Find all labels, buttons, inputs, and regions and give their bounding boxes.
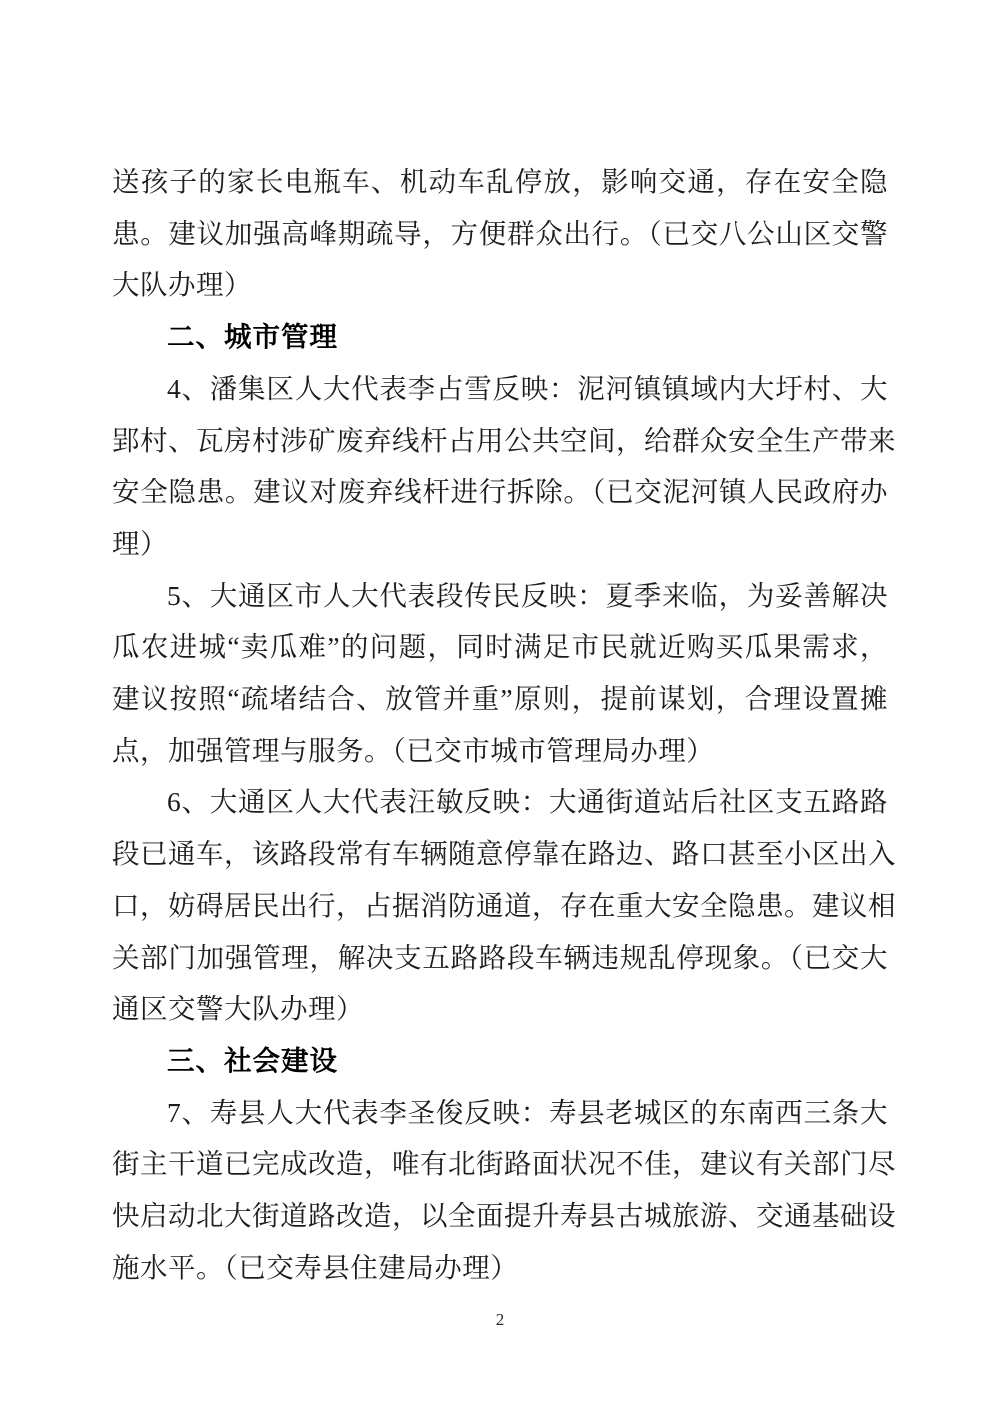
text-line: 点，加强管理与服务。（已交市城市管理局办理） xyxy=(112,725,888,777)
text-line: 瓜农进城“卖瓜难”的问题，同时满足市民就近购买瓜果需求， xyxy=(112,621,888,673)
text-line: 大队办理） xyxy=(112,259,888,311)
text-line: 通区交警大队办理） xyxy=(112,983,888,1035)
text-line: 5、大通区市人大代表段传民反映：夏季来临，为妥善解决 xyxy=(112,570,888,622)
text-line: 口，妨碍居民出行，占据消防通道，存在重大安全隐患。建议相 xyxy=(112,880,888,932)
text-line: 郢村、瓦房村涉矿废弃线杆占用公共空间，给群众安全生产带来 xyxy=(112,415,888,467)
text-line: 安全隐患。建议对废弃线杆进行拆除。（已交泥河镇人民政府办 xyxy=(112,466,888,518)
document-paragraph: 4、潘集区人大代表李占雪反映：泥河镇镇域内大圩村、大郢村、瓦房村涉矿废弃线杆占用… xyxy=(112,363,888,570)
text-line: 理） xyxy=(112,518,888,570)
text-line: 快启动北大街道路改造，以全面提升寿县古城旅游、交通基础设 xyxy=(112,1190,888,1242)
text-line: 关部门加强管理，解决支五路路段车辆违规乱停现象。（已交大 xyxy=(112,932,888,984)
section-heading: 三、社会建设 xyxy=(112,1035,888,1087)
document-paragraph: 6、大通区人大代表汪敏反映：大通街道站后社区支五路路段已通车，该路段常有车辆随意… xyxy=(112,776,888,1035)
text-line: 4、潘集区人大代表李占雪反映：泥河镇镇域内大圩村、大 xyxy=(112,363,888,415)
text-line: 二、城市管理 xyxy=(112,311,888,363)
text-line: 三、社会建设 xyxy=(112,1035,888,1087)
text-line: 6、大通区人大代表汪敏反映：大通街道站后社区支五路路 xyxy=(112,776,888,828)
text-line: 建议按照“疏堵结合、放管并重”原则，提前谋划，合理设置摊 xyxy=(112,673,888,725)
text-line: 送孩子的家长电瓶车、机动车乱停放，影响交通，存在安全隐 xyxy=(112,156,888,208)
text-line: 7、寿县人大代表李圣俊反映：寿县老城区的东南西三条大 xyxy=(112,1087,888,1139)
text-line: 患。建议加强高峰期疏导，方便群众出行。（已交八公山区交警 xyxy=(112,208,888,260)
document-paragraph: 5、大通区市人大代表段传民反映：夏季来临，为妥善解决瓜农进城“卖瓜难”的问题，同… xyxy=(112,570,888,777)
text-line: 施水平。（已交寿县住建局办理） xyxy=(112,1242,888,1294)
text-line: 段已通车，该路段常有车辆随意停靠在路边、路口甚至小区出入 xyxy=(112,828,888,880)
page-number: 2 xyxy=(0,1308,1000,1332)
text-line: 街主干道已完成改造，唯有北街路面状况不佳，建议有关部门尽 xyxy=(112,1138,888,1190)
paragraph-continuation: 送孩子的家长电瓶车、机动车乱停放，影响交通，存在安全隐患。建议加强高峰期疏导，方… xyxy=(112,156,888,311)
section-heading: 二、城市管理 xyxy=(112,311,888,363)
document-body: 送孩子的家长电瓶车、机动车乱停放，影响交通，存在安全隐患。建议加强高峰期疏导，方… xyxy=(112,156,888,1293)
document-paragraph: 7、寿县人大代表李圣俊反映：寿县老城区的东南西三条大街主干道已完成改造，唯有北街… xyxy=(112,1087,888,1294)
document-page: 送孩子的家长电瓶车、机动车乱停放，影响交通，存在安全隐患。建议加强高峰期疏导，方… xyxy=(0,0,1000,1415)
